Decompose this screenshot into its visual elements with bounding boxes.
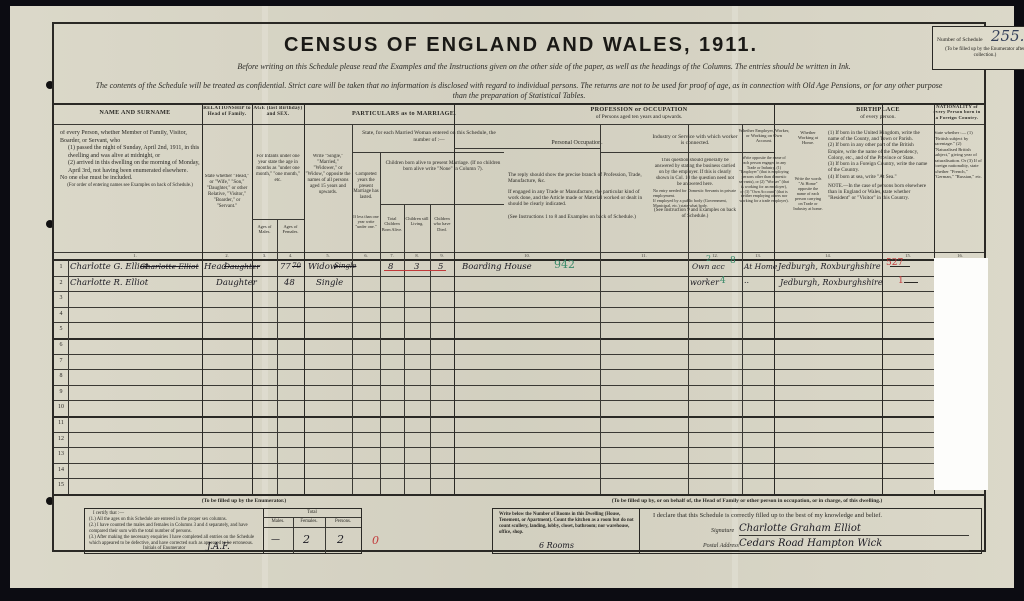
household-heading: (To be filled up by, or on behalf of, th… xyxy=(512,498,982,505)
row-divider xyxy=(54,478,984,479)
age-males-label: Ages of Males. xyxy=(252,224,277,235)
col-divider xyxy=(600,124,601,494)
row1-name-struck: Charlotte Elliot xyxy=(140,262,199,271)
pencil-dash xyxy=(890,266,910,267)
row-divider xyxy=(54,338,984,340)
children-sub-divider xyxy=(380,204,504,205)
col-divider xyxy=(404,204,405,494)
birthplace-body-5: NOTE.—In the case of persons born elsewh… xyxy=(828,183,930,202)
row1-name: Charlotte G. Elliot xyxy=(70,262,148,272)
birthplace-body-4: (4) If born at sea, write "At Sea." xyxy=(828,174,930,180)
col-divider xyxy=(774,103,775,494)
birthplace-heading: BIRTHPLACE xyxy=(824,106,932,113)
personal-body-2: If engaged in any Trade or Manufacture, … xyxy=(508,189,648,208)
name-body-3: (2) arrived in this dwelling on the morn… xyxy=(60,160,200,175)
industry-body-2: No entry needed for Domestic Servants in… xyxy=(653,188,737,198)
row-number: 1 xyxy=(54,264,68,270)
birthplace-body-1: (1) If born in the United Kingdom, write… xyxy=(828,130,930,142)
colnum-5: 5. xyxy=(304,253,352,258)
name-body-5: (For order of entering names see Example… xyxy=(60,183,200,189)
col-divider xyxy=(277,219,278,494)
col-divider xyxy=(882,103,883,494)
row1-employer-code: 2 xyxy=(706,254,711,263)
address-label: Postal Address xyxy=(703,543,739,549)
row1-relationship-struck: Daughter xyxy=(224,262,260,271)
row-divider xyxy=(54,307,984,308)
divider xyxy=(639,509,640,553)
industry-body-3: If employed by a public body (Government… xyxy=(653,198,737,208)
name-body-1: of every Person, whether Member of Famil… xyxy=(60,130,200,145)
children-died-label: Children who have Died. xyxy=(430,216,454,232)
name-body-2: (1) passed the night of Sunday, April 2n… xyxy=(60,145,200,160)
divider xyxy=(263,517,361,518)
row-number: 11 xyxy=(54,420,68,426)
males-label: Males. xyxy=(263,519,293,525)
row-divider xyxy=(54,385,984,386)
state-body: State, for each Married Woman entered on… xyxy=(354,130,504,143)
address-value: Cedars Road Hampton Wick xyxy=(739,538,882,549)
nationality-body: State whether :— (1) "British subject by… xyxy=(934,130,982,180)
persons-value: 2 xyxy=(337,533,344,546)
industry-body-1: This question should generally be answer… xyxy=(653,158,737,188)
col-divider xyxy=(430,204,431,494)
row-number: 2 xyxy=(54,280,68,286)
marriage-heading: PARTICULARS as to MARRIAGE. xyxy=(304,110,504,117)
row1-birthplace: Jedburgh, Roxburghshire xyxy=(778,262,881,271)
row-divider xyxy=(54,322,984,323)
row1-home: At Home xyxy=(744,262,777,271)
col-divider xyxy=(252,103,253,494)
page-title: CENSUS OF ENGLAND AND WALES, 1911. xyxy=(54,34,988,57)
row-divider xyxy=(54,463,984,464)
schedule-number-box: Number of Schedule 255. (To be filled up… xyxy=(932,26,1024,70)
industry-body-4: (See Instruction 9 and Examples on back … xyxy=(653,208,737,220)
persons-label: Persons. xyxy=(325,519,361,525)
total-children-label: Total Children Born Alive. xyxy=(380,216,404,232)
initials-label: Initials of Enumerator xyxy=(143,546,185,552)
rows-bottom xyxy=(54,494,984,496)
row-number: 8 xyxy=(54,373,68,379)
header-divider xyxy=(54,103,984,105)
red-mark: 0 xyxy=(372,534,379,547)
children-body: Children born alive to present Marriage.… xyxy=(382,160,504,172)
age-heading: AGE (last Birthday) and SEX. xyxy=(252,106,304,118)
home-heading: Whether Working at Home. xyxy=(792,130,824,146)
row-number: 5 xyxy=(54,326,68,332)
row2-age-female: 48 xyxy=(284,278,295,288)
row1-age-female-struck: 70 xyxy=(292,262,301,270)
colnum-3: 3. xyxy=(252,253,277,258)
row-divider xyxy=(54,400,984,401)
row-divider xyxy=(54,276,984,277)
col-divider xyxy=(742,124,743,494)
relationship-heading: RELATIONSHIP to Head of Family. xyxy=(202,106,252,118)
years-note: If less than one year write "under one." xyxy=(352,214,380,229)
age-body: For Infants under one year state the age… xyxy=(254,154,302,184)
col-divider xyxy=(352,124,353,494)
signature-line xyxy=(739,535,969,536)
confidential-line: The contents of the Schedule will be tre… xyxy=(64,81,974,90)
birthplace-body: (1) If born in the United Kingdom, write… xyxy=(828,130,930,202)
females-label: Females. xyxy=(293,519,325,525)
row2-nationality-code: 1 xyxy=(898,276,904,286)
col-divider xyxy=(202,103,203,494)
employer-heading: Whether Employer, Worker, or Working on … xyxy=(738,128,790,144)
row1-children-died: 5 xyxy=(438,262,443,272)
birthplace-body-3: (3) If born in a Foreign Country, write … xyxy=(828,161,930,173)
colnum-1: 1. xyxy=(68,253,202,258)
row2-employer: worker xyxy=(690,278,719,287)
row-number: 6 xyxy=(54,342,68,348)
home-body: Write the words "At Home" opposite the n… xyxy=(793,176,823,211)
row2-birthplace: Jedburgh, Roxburghshire xyxy=(780,278,883,287)
personal-body-1: The reply should show the precise branch… xyxy=(508,172,648,185)
declaration-text: I declare that this Schedule is correctl… xyxy=(653,512,882,519)
enumerator-box: I certify that :— (1.) All the ages on t… xyxy=(84,508,362,554)
row-divider xyxy=(54,447,984,448)
schedule-frame: CENSUS OF ENGLAND AND WALES, 1911. Befor… xyxy=(52,22,986,552)
colnum-10: 10. xyxy=(454,253,600,258)
rooms-value: 6 Rooms xyxy=(539,541,574,550)
row-divider xyxy=(54,432,984,433)
employer-body: Write opposite the name of each person e… xyxy=(739,156,789,204)
row2-home: .. xyxy=(744,276,749,285)
rooms-instructions: Write below the Number of Rooms in this … xyxy=(499,512,635,536)
address-line xyxy=(739,550,969,551)
enumerator-heading: (To be filled up by the Enumerator.) xyxy=(94,498,394,505)
colnum-7: 7. xyxy=(380,253,404,258)
row-divider xyxy=(54,416,984,418)
row-number: 3 xyxy=(54,295,68,301)
row1-occupation-code: 942 xyxy=(554,258,575,271)
divider xyxy=(263,527,361,528)
colnum-4: 4. xyxy=(277,253,304,258)
colnum-11: 11. xyxy=(600,253,688,258)
col-divider xyxy=(688,124,689,494)
name-heading: NAME AND SURNAME xyxy=(68,109,202,116)
initials-value: J.A.F. xyxy=(207,542,230,552)
personal-body-3: (See Instructions 1 to 8 and Examples on… xyxy=(508,214,648,220)
row1-age-female: 77 xyxy=(280,262,291,272)
marital-body: Write "Single," "Married," "Widower," or… xyxy=(305,154,351,196)
row2-marital: Single xyxy=(316,278,343,288)
nationality-heading: NATIONALITY of every Person born in a Fo… xyxy=(932,104,982,120)
row2-relationship: Daughter xyxy=(216,278,257,288)
instruction-line: Before writing on this Schedule please r… xyxy=(164,62,924,71)
years-body: Completed years the present Marriage has… xyxy=(352,172,380,201)
row-divider xyxy=(54,369,984,370)
row1-marital-struck: Single xyxy=(334,262,356,270)
schedule-number-sublabel: (To be filled up by the Enumerator after… xyxy=(937,47,1024,59)
colnum-row-bottom xyxy=(54,259,984,261)
industry-body: This question should generally be answer… xyxy=(653,158,737,220)
females-value: 2 xyxy=(303,533,310,546)
row1-employer-code2: 8 xyxy=(730,256,736,266)
col-divider xyxy=(454,103,455,494)
row1-children-living: 3 xyxy=(414,262,419,272)
row-divider xyxy=(54,354,984,355)
birthplace-body-2: (2) If born in any other part of the Bri… xyxy=(828,142,930,161)
colnum-2: 2. xyxy=(202,253,252,258)
row-number: 4 xyxy=(54,311,68,317)
household-box: Write below the Number of Rooms in this … xyxy=(492,508,982,554)
males-value: — xyxy=(271,535,280,545)
colnum-9: 9. xyxy=(430,253,454,258)
row1-employer: Own acc xyxy=(692,262,725,271)
row-number: 13 xyxy=(54,451,68,457)
children-living-label: Children still Living. xyxy=(404,216,430,227)
schedule-number-label: Number of Schedule xyxy=(937,37,983,43)
name-body: of every Person, whether Member of Famil… xyxy=(60,130,200,188)
total-label: Total xyxy=(263,510,361,516)
profession-heading: PROFESSION or OCCUPATION xyxy=(504,106,774,113)
industry-heading: Industry or Service with which worker is… xyxy=(652,134,738,147)
schedule-number-value: 255. xyxy=(991,27,1024,45)
row-number: 15 xyxy=(54,482,68,488)
colnum-6: 6. xyxy=(352,253,380,258)
signature-value: Charlotte Graham Elliot xyxy=(739,523,861,534)
row-number: 10 xyxy=(54,404,68,410)
home-sub-divider xyxy=(742,152,774,153)
row-number: 7 xyxy=(54,358,68,364)
row1-occupation: Boarding House xyxy=(462,262,532,272)
signature-label: Signature xyxy=(711,528,734,534)
certify-item-2: (2.) I have counted the males and female… xyxy=(89,523,261,535)
birthplace-subheading: of every person. xyxy=(824,114,932,120)
row2-name: Charlotte R. Elliot xyxy=(70,278,148,288)
industry-sub-divider xyxy=(600,152,688,153)
colnum-14: 14. xyxy=(774,253,882,258)
employer-sub-divider xyxy=(688,152,742,153)
row-divider xyxy=(54,291,984,292)
name-body-4: No one else must be included. xyxy=(60,175,200,183)
personal-occupation-heading: Personal Occupation. xyxy=(506,140,648,147)
colnum-8: 8. xyxy=(404,253,430,258)
row-number: 14 xyxy=(54,467,68,473)
right-heading-divider xyxy=(774,124,984,125)
colnum-13: 13. xyxy=(742,253,774,258)
confidential-line-2: than the preparation of Statistical Tabl… xyxy=(64,91,974,100)
personal-sub-divider xyxy=(454,148,600,149)
age-sub-divider xyxy=(252,219,304,220)
row-number: 9 xyxy=(54,389,68,395)
profession-subheading: of Persons aged ten years and upwards. xyxy=(504,114,774,120)
row-number: 12 xyxy=(54,436,68,442)
relationship-body: State whether "Head," or "Wife," "Son," … xyxy=(204,174,250,210)
state-sub-divider xyxy=(352,152,504,153)
row1-total-children: 8 xyxy=(388,262,393,272)
col-divider xyxy=(68,260,69,494)
age-females-label: Ages of Females. xyxy=(277,224,304,235)
personal-occupation-body: The reply should show the precise branch… xyxy=(508,172,648,220)
pencil-dash xyxy=(904,282,918,283)
redacted-infirmity-area xyxy=(934,258,988,490)
row1-marital: Widow xyxy=(308,262,337,272)
row2-employer-code: 4 xyxy=(720,276,726,286)
col-divider xyxy=(304,103,305,494)
